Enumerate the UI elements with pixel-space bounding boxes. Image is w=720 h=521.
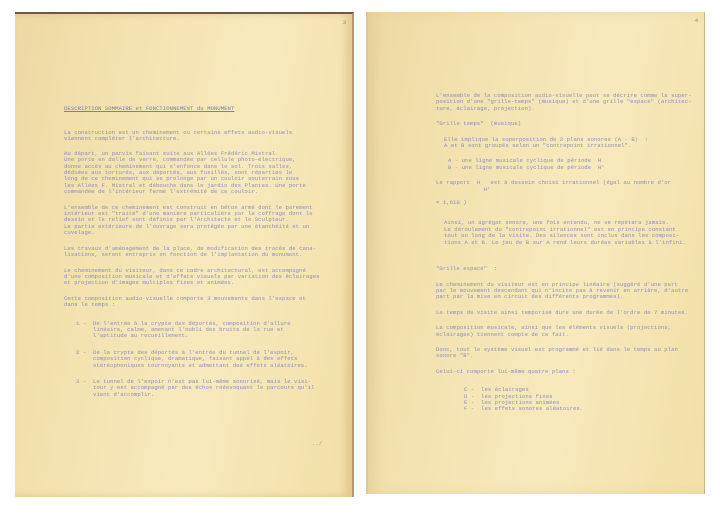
- document-page-right: 4 L'ensemble de la composition audio-vis…: [366, 12, 705, 494]
- paragraph: La composition musicale, ainsi que les é…: [436, 325, 692, 338]
- ratio-line: Le rapport H est à dessein choisi irrati…: [436, 180, 692, 193]
- paragraph: Les travaux d'aménagement de la place, d…: [64, 246, 320, 259]
- ratio-value: = 1,618 ): [436, 200, 692, 206]
- page-number: 3: [343, 20, 346, 26]
- paragraph: Au départ, un parvis faisant suite aux A…: [64, 151, 320, 196]
- movement-item: 1 - De l'entrée à la crypte des déportés…: [64, 321, 320, 340]
- page-number: 4: [695, 18, 698, 24]
- subheading: "Grille espace" :: [436, 266, 692, 272]
- left-body-text: La construction est un cheminement où ce…: [64, 130, 320, 398]
- continuation-mark: ../: [312, 441, 322, 447]
- paragraph: Le cheminement du visiteur, dans ce cadr…: [64, 268, 320, 287]
- paragraph: Donc, tout le système visuel est program…: [436, 347, 692, 360]
- paragraph: L'ensemble de ce cheminement est constru…: [64, 205, 320, 237]
- section-title: DESCRIPTION SOMMAIRE et FONCTIONNEMENT d…: [64, 106, 234, 112]
- paragraph: Ainsi, un agrégat sonore, une fois enten…: [436, 220, 692, 246]
- movement-item: 2 - De la crypte des déportés à l'entrée…: [64, 350, 320, 369]
- right-body-text: L'ensemble de la composition audio-visue…: [436, 93, 692, 413]
- paragraph: Le temps de visite ainsi temporisé dure …: [436, 310, 692, 316]
- subheading: "Grille temps" (musique): [436, 121, 692, 127]
- intro-paragraph: L'ensemble de la composition audio-visue…: [436, 93, 692, 112]
- document-page-left: 3 DESCRIPTION SOMMAIRE et FONCTIONNEMENT…: [15, 12, 354, 497]
- paragraph: Elle implique la superposition de 2 plan…: [436, 137, 692, 150]
- plans-list: C - les éclairages D - les projections f…: [436, 387, 692, 413]
- paragraph: Cette composition audio-visuelle comport…: [64, 296, 320, 309]
- movement-item: 3 - Le tunnel de l'espoir n'est pas lui-…: [64, 379, 320, 398]
- period-list: A - une ligne musicale cyclique de pério…: [436, 158, 692, 171]
- paragraph: Celui-ci comporte lui-même quatre plans …: [436, 369, 692, 375]
- paragraph: La construction est un cheminement où ce…: [64, 130, 320, 143]
- paragraph: Le cheminement du visiteur est en princi…: [436, 282, 692, 301]
